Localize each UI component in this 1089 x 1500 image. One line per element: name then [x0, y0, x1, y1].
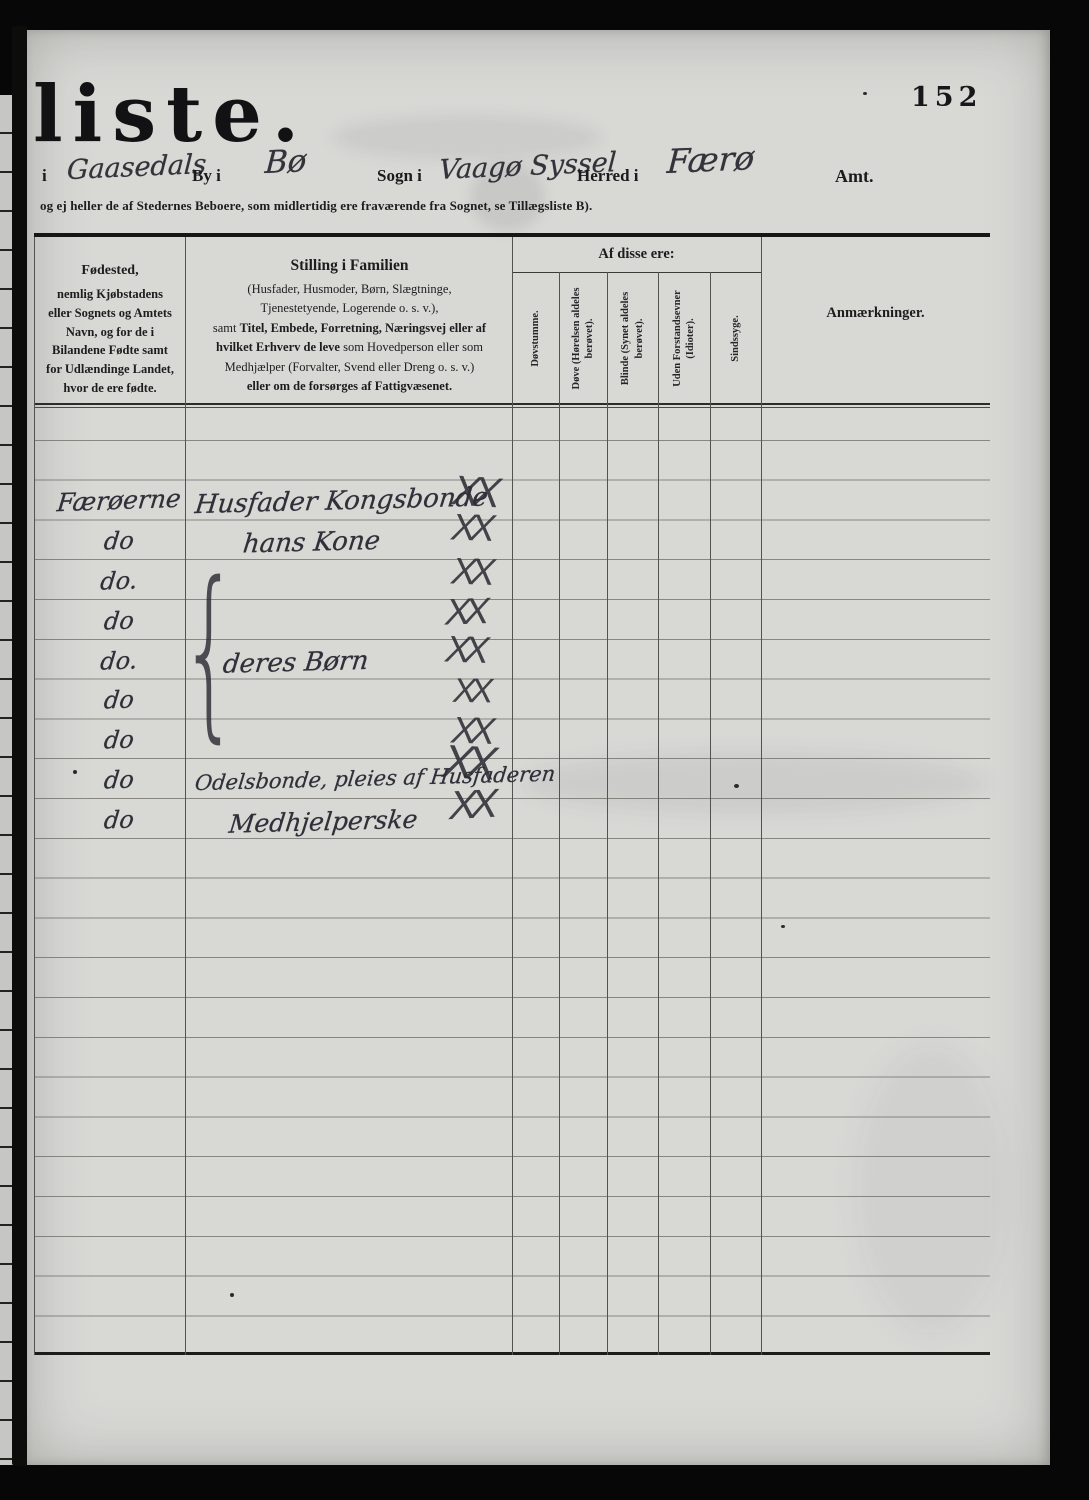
- fodested-entry: do: [48, 604, 191, 637]
- fodested-entry: do.: [48, 564, 191, 597]
- label-sogn-i: Sogn i: [377, 166, 422, 186]
- stilling-entry: hans Kone: [193, 521, 559, 561]
- header-fodested-title: Fødested,: [36, 263, 184, 279]
- tally-marks: XX: [447, 550, 494, 593]
- header-stilling: Stilling i Familien (Husfader, Husmoder,…: [187, 257, 512, 396]
- group-brace: {: [180, 565, 200, 745]
- fodested-entry: do.: [48, 644, 191, 677]
- handwritten-place: Gaasedals: [66, 149, 207, 186]
- ink-speck: [734, 784, 739, 788]
- stilling-entry: Medhjelperske: [193, 801, 545, 839]
- label-herred-i: Herred i: [577, 166, 639, 186]
- fodested-entry: do: [48, 683, 191, 716]
- tally-marks: XX: [441, 590, 488, 633]
- table-row: do. XX: [34, 557, 990, 599]
- table-row: do Medhjelperske XX: [34, 796, 990, 838]
- ink-speck: [781, 925, 785, 928]
- ink-speck: [73, 770, 77, 774]
- header-uden-forstandsevner: Uden Forstandsevner (Idioter).: [658, 272, 710, 405]
- table-row: do. deres Børn XX: [34, 637, 990, 679]
- fodested-entry: do: [48, 524, 191, 557]
- table-row: do hans Kone XX: [34, 517, 990, 559]
- page-number: 152: [911, 82, 982, 113]
- header-anmaerkninger: Anmærkninger.: [761, 305, 990, 322]
- table-row: do XX: [34, 676, 990, 718]
- book-binding-edge: [12, 26, 28, 1466]
- handwritten-by: Bø: [264, 143, 308, 181]
- header-dove: Døve (Hørelsen aldeles berøvet).: [559, 272, 607, 405]
- label-amt: Amt.: [835, 166, 874, 187]
- page-title-fragment: liste.: [33, 78, 309, 152]
- label-by-i: By i: [192, 166, 221, 186]
- header-blinde: Blinde (Synet aldeles berøvet).: [607, 272, 658, 405]
- table-row: do Odelsbonde, pleies af Husfaderen XX: [34, 756, 990, 798]
- header-fodested: Fødested, nemlig Kjøbstadens eller Sogne…: [36, 263, 184, 398]
- tally-marks: XX: [450, 671, 492, 710]
- header-sindssyge: Sindssyge.: [710, 272, 761, 405]
- ink-speck: [230, 1293, 234, 1297]
- ink-speck: [863, 92, 867, 95]
- document-page: 152 liste. i Gaasedals By i Bø Sogn i Va…: [27, 30, 1050, 1465]
- table-row: do XX: [34, 597, 990, 639]
- fodested-entry: do: [48, 763, 191, 796]
- fodested-entry: do: [48, 803, 191, 836]
- header-af-disse-ere: Af disse ere:: [512, 246, 761, 263]
- label-i: i: [42, 166, 47, 186]
- header-stilling-title: Stilling i Familien: [187, 257, 512, 275]
- fodested-entry: Færøerne: [48, 483, 191, 517]
- header-dovstumme: Døvstumme.: [512, 272, 559, 405]
- census-table: Fødested, nemlig Kjøbstadens eller Sogne…: [34, 233, 990, 1355]
- form-subtitle: og ej heller de af Stedernes Beboere, so…: [40, 198, 592, 214]
- table-row: Færøerne Husfader Kongsbonde XX: [34, 477, 990, 519]
- fodested-entry: do: [48, 723, 191, 756]
- census-scan: 152 liste. i Gaasedals By i Bø Sogn i Va…: [0, 0, 1089, 1500]
- handwritten-herred: Færø: [666, 138, 756, 181]
- table-row: do XX: [34, 716, 990, 758]
